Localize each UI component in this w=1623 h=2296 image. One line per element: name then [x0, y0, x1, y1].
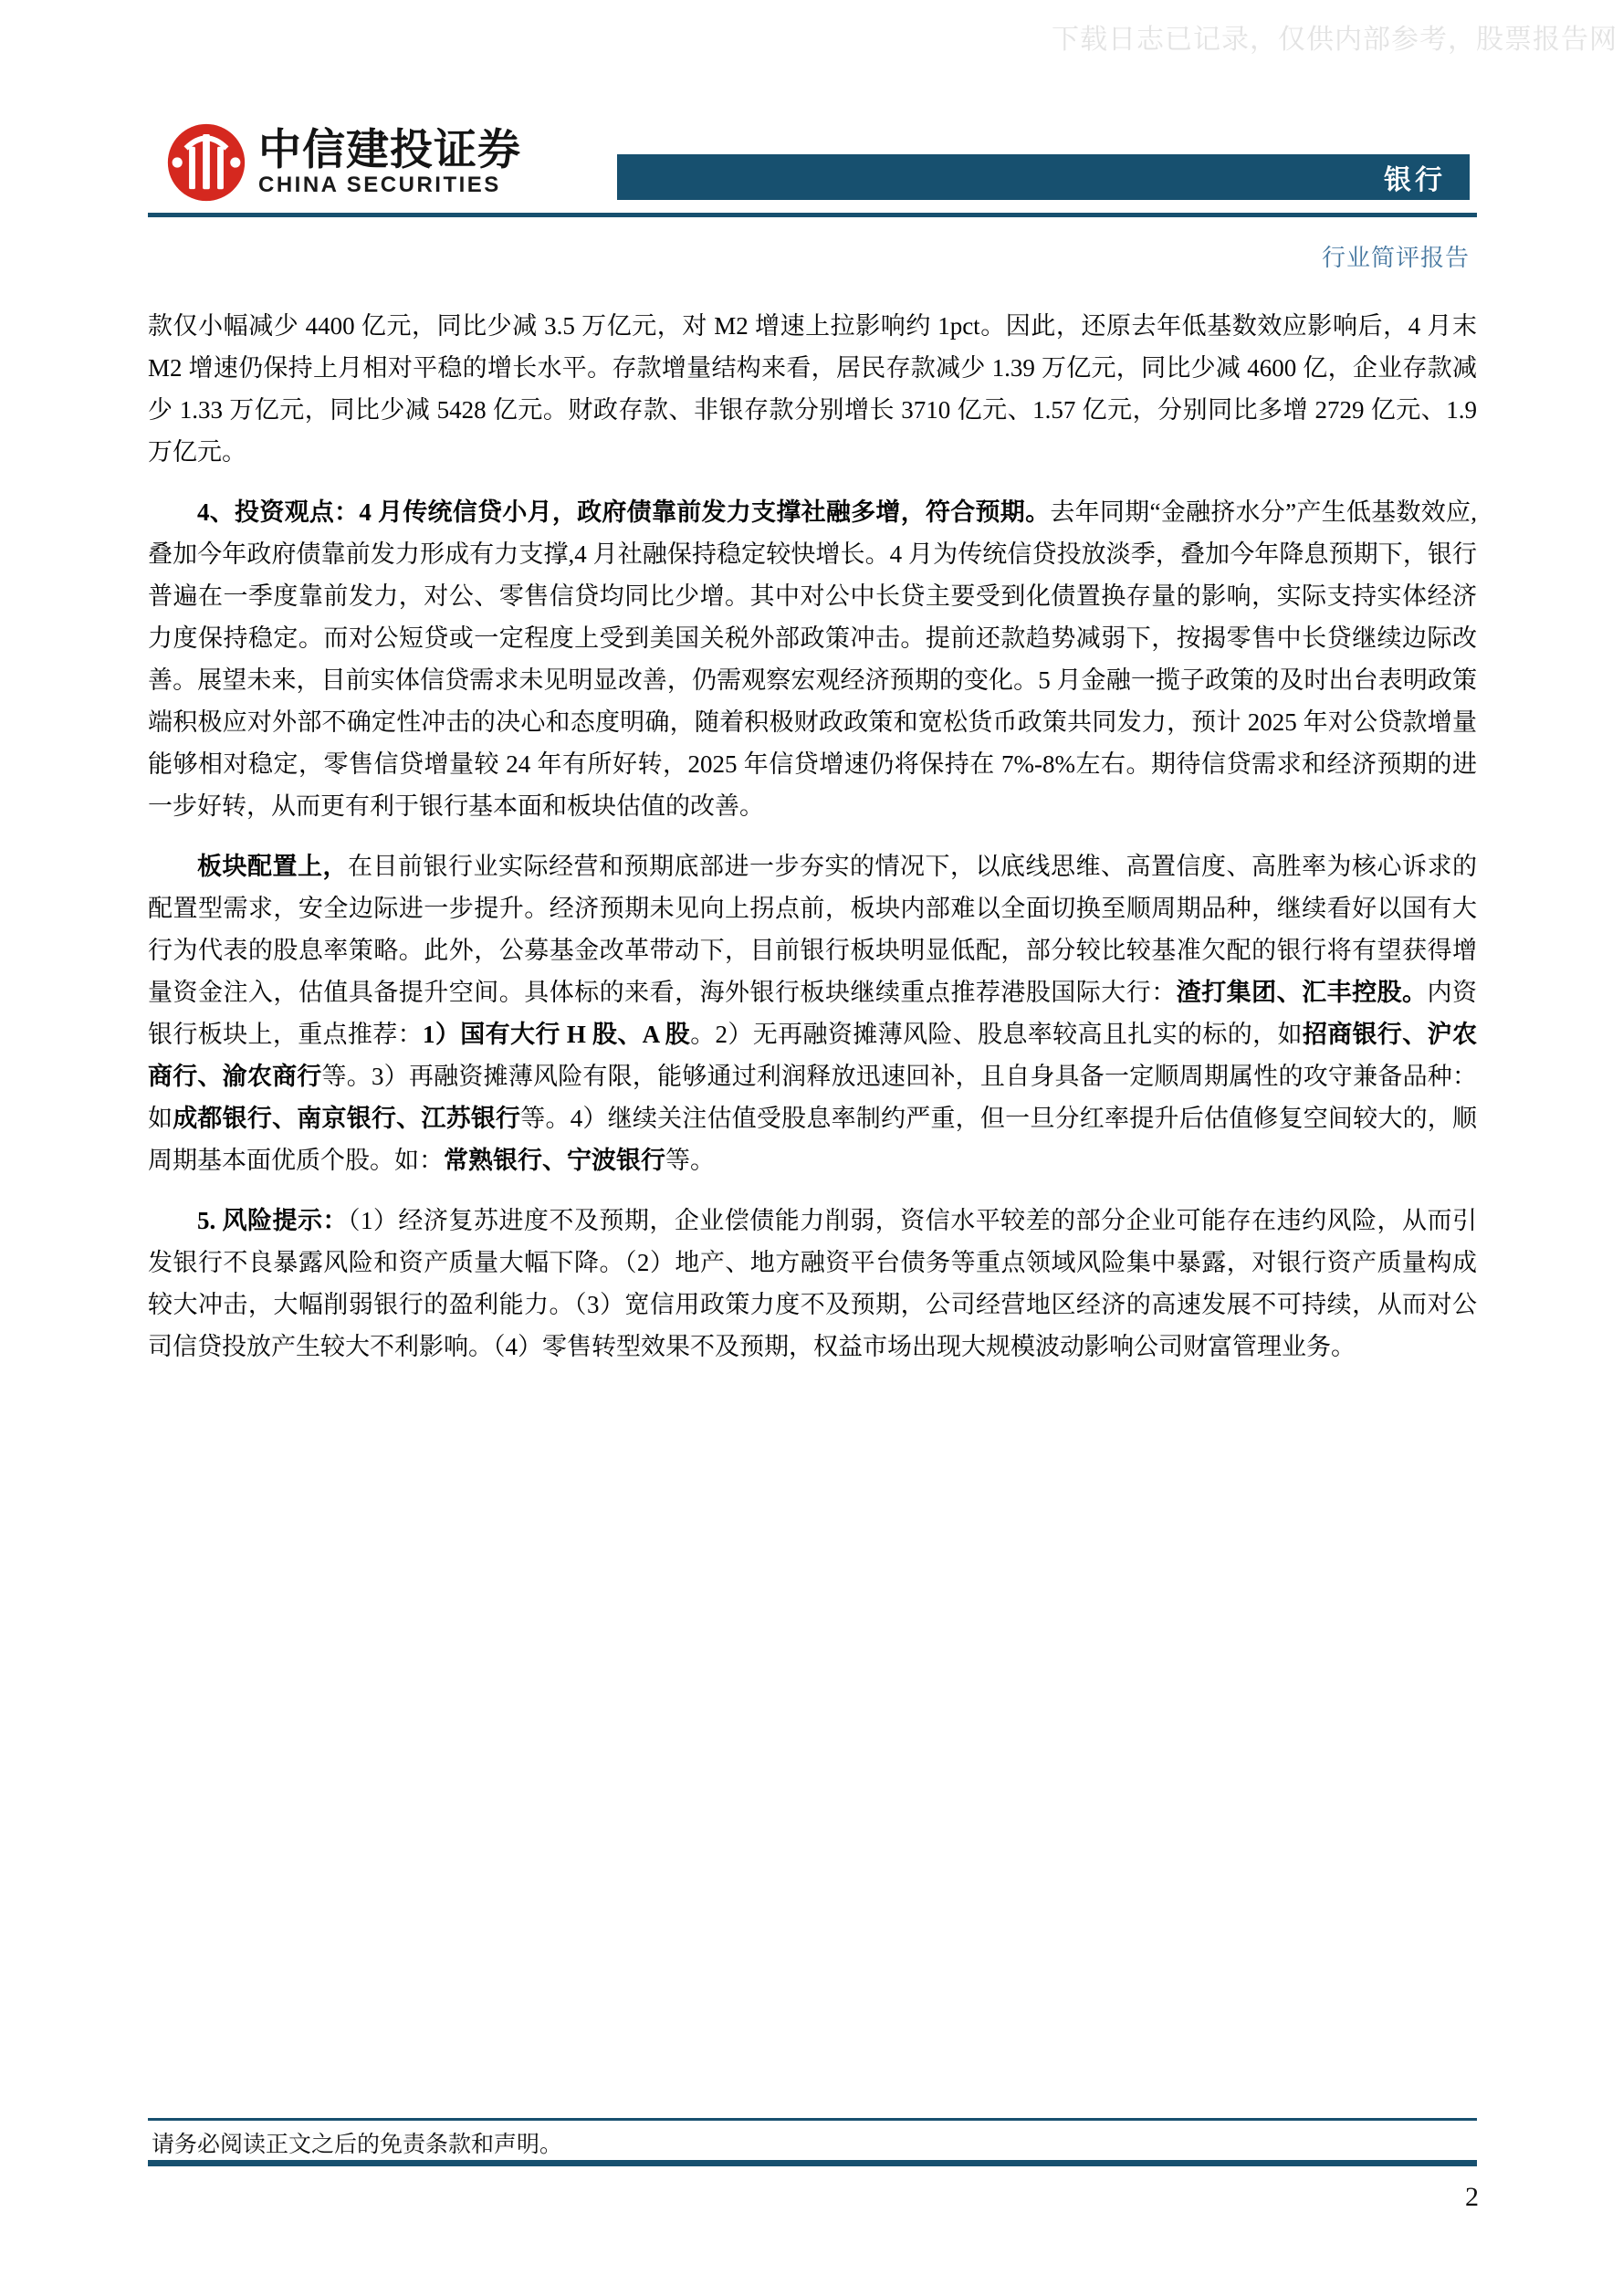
emphasis-text: 板块配置上， [197, 853, 348, 880]
footer-disclaimer: 请务必阅读正文之后的免责条款和声明。 [152, 2126, 562, 2159]
emphasis-text: 常熟银行、宁波银行 [444, 1147, 665, 1174]
page-number: 2 [1465, 2182, 1479, 2213]
emphasis-text: 渣打集团、汇丰控股。 [1177, 979, 1428, 1006]
report-body: 款仅小幅减少 4400 亿元，同比少减 3.5 万亿元，对 M2 增速上拉影响约… [148, 305, 1477, 1386]
footer-divider-thick [148, 2160, 1477, 2166]
logo-company-name-cn: 中信建投证券 [258, 127, 521, 173]
citic-logo-icon [167, 123, 246, 202]
logo-company-name-en: CHINA SECURITIES [258, 173, 521, 198]
industry-category-bar: 银行 [617, 154, 1470, 200]
body-paragraph: 板块配置上，在目前银行业实际经营和预期底部进一步夯实的情况下，以底线思维、高置信… [148, 845, 1477, 1181]
text-segment: 等。 [665, 1147, 715, 1174]
emphasis-text: 4、投资观点：4 月传统信贷小月，政府债靠前发力支撑社融多增，符合预期。 [197, 498, 1050, 526]
text-segment: 款仅小幅减少 4400 亿元，同比少减 3.5 万亿元，对 M2 增速上拉影响约… [148, 312, 1477, 466]
emphasis-text: 成都银行、南京银行、江苏银行 [173, 1105, 520, 1132]
emphasis-text: 1）国有大行 H 股、A 股 [423, 1021, 690, 1048]
report-type-label: 行业简评报告 [1322, 239, 1470, 273]
company-logo: 中信建投证券 CHINA SECURITIES [167, 123, 521, 202]
footer-divider-thin [148, 2118, 1477, 2121]
text-segment: （1）经济复苏进度不及预期，企业偿债能力削弱，资信水平较差的部分企业可能存在违约… [148, 1207, 1477, 1360]
industry-category-label: 银行 [1384, 157, 1446, 197]
text-segment: 。2）无再融资摊薄风险、股息率较高且扎实的标的，如 [690, 1021, 1303, 1048]
watermark-text: 下载日志已记录，仅供内部参考，股票报告网 [1052, 16, 1618, 57]
body-paragraph: 5. 风险提示：（1）经济复苏进度不及预期，企业偿债能力削弱，资信水平较差的部分… [148, 1200, 1477, 1368]
body-paragraph: 4、投资观点：4 月传统信贷小月，政府债靠前发力支撑社融多增，符合预期。去年同期… [148, 491, 1477, 827]
text-segment: 去年同期“金融挤水分”产生低基数效应,叠加今年政府债靠前发力形成有力支撑,4 月… [148, 498, 1477, 820]
header-divider-line [148, 213, 1477, 217]
report-page: 下载日志已记录，仅供内部参考，股票报告网 中信建投证券 CHINA SECURI… [0, 0, 1623, 2296]
body-paragraph: 款仅小幅减少 4400 亿元，同比少减 3.5 万亿元，对 M2 增速上拉影响约… [148, 305, 1477, 473]
logo-text-block: 中信建投证券 CHINA SECURITIES [258, 127, 521, 198]
emphasis-text: 5. 风险提示： [197, 1207, 348, 1234]
